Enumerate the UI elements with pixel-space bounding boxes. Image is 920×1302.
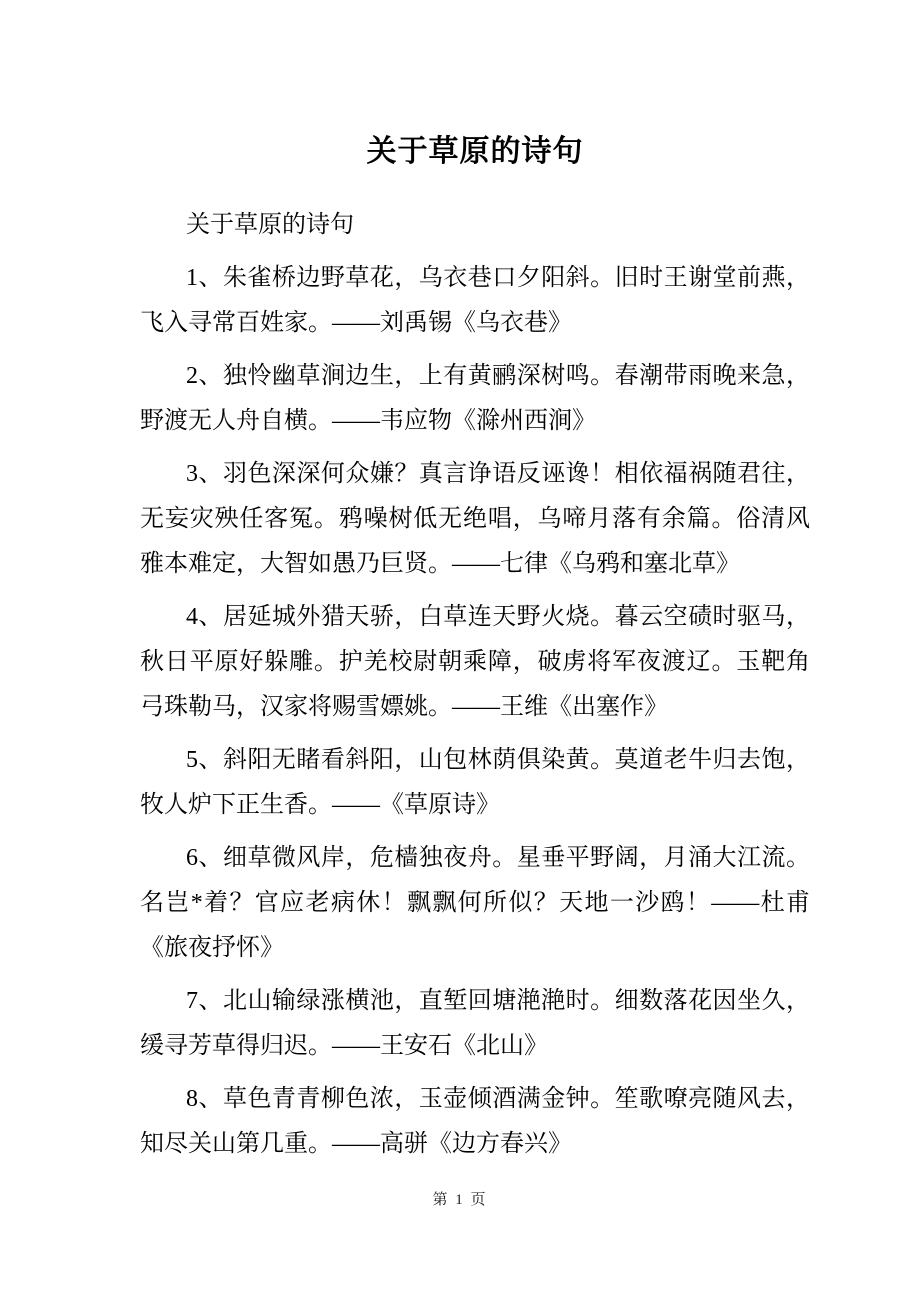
page-number-label: 第 1 页: [432, 1192, 487, 1208]
document-title: 关于草原的诗句: [140, 0, 810, 170]
document-page: 关于草原的诗句 关于草原的诗句 1、朱雀桥边野草花，乌衣巷口夕阳斜。旧时王谢堂前…: [0, 0, 920, 1302]
body-paragraph-poem-4: 4、居延城外猎天骄，白草连天野火烧。暮云空碛时驱马，秋日平原好躲雕。护羌校尉朝乘…: [140, 595, 810, 730]
body-paragraph-poem-3: 3、羽色深深何众嫌？真言诤语反诬谗！相依福祸随君往，无妄灾殃任客冤。鸦噪树低无绝…: [140, 452, 810, 587]
page-footer: 第 1 页: [0, 1190, 920, 1210]
document-body: 关于草原的诗句 1、朱雀桥边野草花，乌衣巷口夕阳斜。旧时王谢堂前燕，飞入寻常百姓…: [140, 203, 810, 1167]
body-paragraph-poem-1: 1、朱雀桥边野草花，乌衣巷口夕阳斜。旧时王谢堂前燕，飞入寻常百姓家。——刘禹锡《…: [140, 256, 810, 346]
body-paragraph-intro: 关于草原的诗句: [140, 203, 810, 248]
body-paragraph-poem-2: 2、独怜幽草涧边生，上有黄鹂深树鸣。春潮带雨晚来急，野渡无人舟自横。——韦应物《…: [140, 354, 810, 444]
body-paragraph-poem-7: 7、北山输绿涨横池，直堑回塘滟滟时。细数落花因坐久，缓寻芳草得归迟。——王安石《…: [140, 979, 810, 1069]
body-paragraph-poem-6: 6、细草微风岸，危樯独夜舟。星垂平野阔，月涌大江流。名岂*着？官应老病休！飘飘何…: [140, 836, 810, 971]
body-paragraph-poem-5: 5、斜阳无睹看斜阳，山包林荫俱染黄。莫道老牛归去饱，牧人炉下正生香。——《草原诗…: [140, 738, 810, 828]
body-paragraph-poem-8: 8、草色青青柳色浓，玉壶倾酒满金钟。笙歌嘹亮随风去，知尽关山第几重。——高骈《边…: [140, 1077, 810, 1167]
